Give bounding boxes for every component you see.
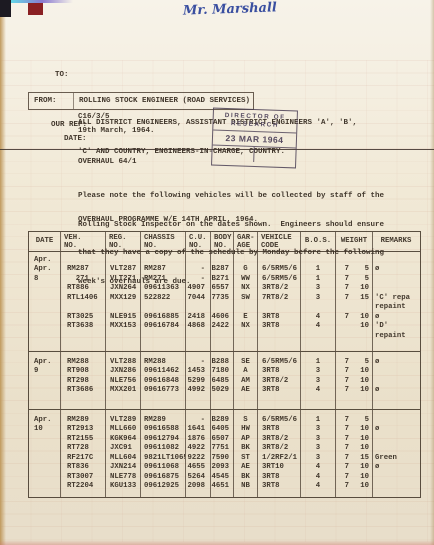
table-line: SE — [234, 358, 257, 367]
table-line: AE — [234, 463, 257, 472]
table-line: 710 — [336, 386, 372, 395]
table-line: RT2155 — [61, 435, 105, 444]
weight-value: 10 — [353, 425, 373, 434]
table-line: - — [186, 358, 210, 367]
table-line: 710 — [336, 435, 372, 444]
table-line: JXC91 — [106, 444, 140, 453]
table-line — [29, 303, 60, 312]
table-line: 75 — [336, 358, 372, 367]
table-line — [61, 332, 105, 341]
weight-value: 7 — [336, 294, 353, 303]
date-group: Apr.10RM289RT2913RT2155RT728RF217CRT836R… — [29, 410, 420, 497]
column-header: B.O.S. — [305, 237, 331, 245]
table-line: ø — [373, 386, 419, 395]
column-header: CHASSIS — [141, 234, 185, 242]
table-line: 7RT8/2 — [258, 294, 300, 303]
table-line — [141, 303, 185, 312]
table-line: WW — [234, 275, 257, 284]
table-line: 7180 — [211, 367, 233, 376]
table-line — [258, 303, 300, 312]
table-line: 1 — [301, 265, 335, 274]
table-line: 4 — [301, 473, 335, 482]
table-line: 1 — [301, 275, 335, 284]
table-line: 710 — [336, 377, 372, 386]
weight-value: 10 — [353, 444, 373, 453]
subject-line: OVERHAUL 64/1 — [78, 158, 137, 166]
handwritten-note: Mr. Marshall — [183, 0, 333, 19]
table-line — [186, 256, 210, 265]
header-cell: WEIGHT — [336, 232, 373, 251]
table-line: 3RT8 — [258, 425, 300, 434]
column-header: REMARKS — [381, 237, 412, 245]
corner-mark — [0, 0, 11, 17]
header-cell: B.O.S. — [301, 232, 336, 251]
table-cell: -1641187649229222465552642098 — [186, 410, 211, 497]
table-cell: 6/5RM5/63RT83RT8/23RT8 — [258, 352, 301, 409]
table-line: ø — [373, 313, 419, 322]
date-label: DATE: — [64, 135, 87, 143]
table-line — [29, 322, 60, 331]
table-line: 1/2RF2/1 — [258, 454, 300, 463]
research-stamp: DIRECTOR OF RESEARCH 23 MAR 1964 — [211, 108, 298, 169]
table-line — [29, 435, 60, 444]
table-line — [186, 332, 210, 341]
table-line: B271 — [211, 275, 233, 284]
table-line: 09616875 — [141, 473, 185, 482]
weight-value: 7 — [336, 416, 353, 425]
scan-edge-right — [430, 0, 434, 545]
table-line: 4651 — [211, 482, 233, 491]
table-cell: 6/5RM5/66/5RM5/63RT8/27RT8/23RT83RT8 — [258, 252, 301, 351]
table-line: Apr. — [29, 416, 60, 425]
table-line: NX — [234, 284, 257, 293]
table-line: 1876 — [186, 435, 210, 444]
table-line: RT2913 — [61, 425, 105, 434]
header-cell: CHASSISNO. — [141, 232, 186, 251]
table-line: B287 — [211, 265, 233, 274]
weight-value: 7 — [336, 377, 353, 386]
memo-page: Mr. Marshall TO: ALL DISTRICT ENGINEERS,… — [0, 0, 434, 545]
column-header: NO. — [106, 242, 140, 250]
weight-value: 10 — [353, 313, 373, 322]
table-cell: RM288096114620961684809616773 — [141, 352, 186, 409]
table-line: 271 — [61, 275, 105, 284]
table-line — [29, 444, 60, 453]
table-line: 4545 — [211, 473, 233, 482]
table-line: repaint — [373, 303, 419, 312]
table-line: 5029 — [211, 386, 233, 395]
table-line — [61, 256, 105, 265]
table-line: 3RT8/2 — [258, 435, 300, 444]
table-line: Apr. — [29, 358, 60, 367]
table-line: 7751 — [211, 444, 233, 453]
table-cell: Apr.10 — [29, 410, 61, 497]
table-line: 3RT8/2 — [258, 377, 300, 386]
table-line: 6/5RM5/6 — [258, 416, 300, 425]
table-line: MLL660 — [106, 425, 140, 434]
table-line — [258, 332, 300, 341]
table-line: 4 — [301, 313, 335, 322]
weight-value — [336, 322, 353, 331]
table-cell: Apr.Apr.8 — [29, 252, 61, 351]
table-line: 4907 — [186, 284, 210, 293]
weight-value: 7 — [336, 265, 353, 274]
stamp-cell — [212, 146, 254, 162]
weight-value: 10 — [353, 463, 373, 472]
table-line: 3 — [301, 294, 335, 303]
date-value: 19th March, 1964. — [78, 127, 155, 135]
from-label: FROM: — [34, 97, 57, 105]
column-header: NO. — [186, 242, 210, 250]
table-line: 3 — [301, 454, 335, 463]
table-line: 10 — [336, 322, 372, 331]
weight-value: 7 — [336, 473, 353, 482]
table-line: 3RT8 — [258, 367, 300, 376]
table-line — [29, 386, 60, 395]
table-line: 4655 — [186, 463, 210, 472]
table-cell: SHWAPBKSTAEBKNB — [234, 410, 258, 497]
table-line: 1641 — [186, 425, 210, 434]
weight-value: 10 — [353, 367, 373, 376]
table-line — [336, 303, 372, 312]
weight-value: 7 — [336, 284, 353, 293]
table-cell: Apr.9 — [29, 352, 61, 409]
table-line: RT908 — [61, 367, 105, 376]
programme-title: OVERHAUL PROGRAMME W/E 14TH APRIL, 1964. — [78, 216, 258, 224]
table-line: 6507 — [211, 435, 233, 444]
table-line — [29, 473, 60, 482]
table-line: 09616885 — [141, 313, 185, 322]
table-line: VLT289 — [106, 416, 140, 425]
scan-artifact-strip — [11, 0, 73, 3]
table-cell: RM2890961658809612794096110829821LT10650… — [141, 410, 186, 497]
table-line: RT728 — [61, 444, 105, 453]
table-line — [373, 256, 419, 265]
table-line — [106, 256, 140, 265]
header-cell: GAR-AGE — [234, 232, 258, 251]
table-line — [336, 256, 372, 265]
weight-value: 7 — [336, 454, 353, 463]
table-line: 522822 — [141, 294, 185, 303]
table-line: 2098 — [186, 482, 210, 491]
table-line: 710 — [336, 463, 372, 472]
table-line: 09616773 — [141, 386, 185, 395]
scan-edge-left — [0, 0, 6, 545]
column-header: VEH. — [61, 234, 105, 242]
weight-value — [353, 332, 373, 341]
table-line — [29, 463, 60, 472]
table-line — [373, 275, 419, 284]
table-line — [186, 303, 210, 312]
to-label: TO: — [55, 71, 69, 81]
header-cell: C.U.NO. — [186, 232, 211, 251]
stamp-cell — [254, 147, 295, 163]
table-line — [29, 313, 60, 322]
column-header: BODY — [211, 234, 233, 242]
table-line: AE — [234, 386, 257, 395]
table-line: NX — [234, 322, 257, 331]
table-line — [234, 303, 257, 312]
header-cell: VEH.NO. — [61, 232, 106, 251]
table-line: 5264 — [186, 473, 210, 482]
table-line: 09612925 — [141, 482, 185, 491]
header-cell: BODYNO. — [211, 232, 234, 251]
table-cell: 1334 — [301, 352, 336, 409]
table-cell: RM287RM271096113635228220961688509616784 — [141, 252, 186, 351]
date-group: Apr.Apr.8RM287 271RT886RTL1406RT3025RT36… — [29, 252, 420, 352]
table-cell: VLT287VLT271JXN264MXX129NLE915MXX153 — [106, 252, 141, 351]
weight-value: 5 — [353, 358, 373, 367]
table-line — [301, 303, 335, 312]
table-line: 3RT8 — [258, 482, 300, 491]
weight-value: 10 — [353, 284, 373, 293]
table-line: 7735 — [211, 294, 233, 303]
table-line: 710 — [336, 313, 372, 322]
table-line: 710 — [336, 425, 372, 434]
table-line — [106, 332, 140, 341]
table-cell: VLT288JXN286NLE756MXX201 — [106, 352, 141, 409]
table-line: MXX201 — [106, 386, 140, 395]
table-line: VLT287 — [106, 265, 140, 274]
date-row: DATE: 19th March, 1964. — [46, 127, 87, 159]
table-line — [373, 377, 419, 386]
from-value: ROLLING STOCK ENGINEER (ROAD SERVICES) — [79, 97, 250, 105]
table-line: RT2204 — [61, 482, 105, 491]
table-line: 3 — [301, 425, 335, 434]
table-line: ø — [373, 265, 419, 274]
table-line: 09616588 — [141, 425, 185, 434]
header-cell: REG.NO. — [106, 232, 141, 251]
weight-value: 7 — [336, 275, 353, 284]
table-line: 3RT10 — [258, 463, 300, 472]
table-line — [211, 332, 233, 341]
table-line — [61, 303, 105, 312]
table-line: 9222 — [186, 454, 210, 463]
weight-value: 10 — [353, 435, 373, 444]
table-line: RT886 — [61, 284, 105, 293]
table-line: HW — [234, 425, 257, 434]
table-cell: øø — [373, 352, 419, 409]
table-line: 09616848 — [141, 377, 185, 386]
table-line: BK — [234, 473, 257, 482]
table-line: 9821LT1065 — [141, 454, 185, 463]
table-line: KGU133 — [106, 482, 140, 491]
vehicle-table: DATEVEH.NO.REG.NO.CHASSISNO.C.U.NO.BODYN… — [28, 231, 421, 498]
from-box-divider — [73, 93, 74, 109]
table-cell: B288718064855029 — [211, 352, 234, 409]
table-line: 3 — [301, 435, 335, 444]
table-line — [258, 256, 300, 265]
table-cell: B2896405650777517590209345454651 — [211, 410, 234, 497]
weight-value: 7 — [336, 425, 353, 434]
table-line: 4 — [301, 482, 335, 491]
table-cell: -145352994992 — [186, 352, 211, 409]
column-header: REG. — [106, 234, 140, 242]
table-line: 6/5RM5/6 — [258, 275, 300, 284]
table-line: 2093 — [211, 463, 233, 472]
scan-edge-bottom — [0, 540, 434, 545]
weight-value — [353, 303, 373, 312]
table-line: G — [234, 265, 257, 274]
table-line — [29, 454, 60, 463]
table-line — [29, 284, 60, 293]
table-line: NLE756 — [106, 377, 140, 386]
column-header: C.U. — [186, 234, 210, 242]
weight-value: 7 — [336, 313, 353, 322]
column-header: DATE — [36, 237, 54, 245]
table-line: 710 — [336, 482, 372, 491]
table-line — [373, 473, 419, 482]
table-line — [373, 284, 419, 293]
table-line: JXN264 — [106, 284, 140, 293]
table-line: 3 — [301, 284, 335, 293]
table-line — [373, 482, 419, 491]
table-line: 09611462 — [141, 367, 185, 376]
weight-value — [336, 303, 353, 312]
header-cell: VEHICLECODE — [258, 232, 301, 251]
weight-value: 10 — [353, 482, 373, 491]
table-line: SW — [234, 294, 257, 303]
table-cell: --4907704424184868 — [186, 252, 211, 351]
column-header: GAR- — [234, 234, 257, 242]
table-line: RF217C — [61, 454, 105, 463]
table-line: RT836 — [61, 463, 105, 472]
table-header-row: DATEVEH.NO.REG.NO.CHASSISNO.C.U.NO.BODYN… — [29, 232, 420, 252]
table-line: RT298 — [61, 377, 105, 386]
weight-value — [353, 256, 373, 265]
column-header: CODE — [258, 242, 300, 250]
table-line: 6405 — [211, 425, 233, 434]
table-line: ø — [373, 463, 419, 472]
column-header: WEIGHT — [341, 237, 367, 245]
table-line: 7590 — [211, 454, 233, 463]
table-line: 6557 — [211, 284, 233, 293]
table-cell: 757571071571010 — [336, 252, 373, 351]
weight-value: 7 — [336, 386, 353, 395]
table-cell: SEAAMAE — [234, 352, 258, 409]
table-line: B288 — [211, 358, 233, 367]
table-line: RTL1406 — [61, 294, 105, 303]
table-line: 09611363 — [141, 284, 185, 293]
table-cell: 113344 — [301, 252, 336, 351]
table-line — [211, 256, 233, 265]
table-cell: RM288RT908RT298RT3686 — [61, 352, 106, 409]
table-line — [29, 332, 60, 341]
table-line: KGK964 — [106, 435, 140, 444]
table-line: - — [186, 416, 210, 425]
table-line: JXN286 — [106, 367, 140, 376]
table-line — [373, 416, 419, 425]
table-line: 2422 — [211, 322, 233, 331]
table-line: 4922 — [186, 444, 210, 453]
table-cell: RM287 271RT886RTL1406RT3025RT3638 — [61, 252, 106, 351]
weight-value — [336, 332, 353, 341]
table-line: Green — [373, 454, 419, 463]
table-line: 710 — [336, 473, 372, 482]
table-line — [234, 256, 257, 265]
table-line: 3 — [301, 444, 335, 453]
table-line: RT3025 — [61, 313, 105, 322]
table-line: 7044 — [186, 294, 210, 303]
table-line: 09612794 — [141, 435, 185, 444]
table-line: RM271 — [141, 275, 185, 284]
ref-value: C16/3/5 — [78, 113, 110, 121]
table-line: 3 — [301, 377, 335, 386]
table-line: 'D' — [373, 322, 419, 331]
table-line: 3 — [301, 367, 335, 376]
table-line — [29, 294, 60, 303]
weight-value: 15 — [353, 294, 373, 303]
table-line: RM288 — [61, 358, 105, 367]
table-line — [336, 332, 372, 341]
table-line: 5299 — [186, 377, 210, 386]
stamp-empty-cells — [212, 145, 296, 164]
table-line: MXX153 — [106, 322, 140, 331]
table-line — [301, 256, 335, 265]
table-line: 'C' repa — [373, 294, 419, 303]
table-cell: ø'C' reparepaintø'D'repaint — [373, 252, 419, 351]
table-line — [211, 303, 233, 312]
table-line — [106, 303, 140, 312]
table-cell: øGreenø — [373, 410, 419, 497]
table-line: 710 — [336, 367, 372, 376]
table-line: ø — [373, 425, 419, 434]
table-line: MLL604 — [106, 454, 140, 463]
table-line — [141, 256, 185, 265]
table-line: RM287 — [141, 265, 185, 274]
table-line: 1 — [301, 416, 335, 425]
weight-value — [336, 256, 353, 265]
table-cell: 13333444 — [301, 410, 336, 497]
table-line: 8 — [29, 275, 60, 284]
table-line: NB — [234, 482, 257, 491]
table-line: - — [186, 265, 210, 274]
table-line: NLE778 — [106, 473, 140, 482]
table-line: 6/5RM5/6 — [258, 265, 300, 274]
table-line: AM — [234, 377, 257, 386]
weight-value: 5 — [353, 275, 373, 284]
weight-value: 7 — [336, 435, 353, 444]
table-line: ST — [234, 454, 257, 463]
weight-value: 7 — [336, 463, 353, 472]
table-line: 09611068 — [141, 463, 185, 472]
weight-value: 5 — [353, 416, 373, 425]
weight-value: 10 — [353, 386, 373, 395]
weight-value: 7 — [336, 482, 353, 491]
table-line: E — [234, 313, 257, 322]
table-line: MXX129 — [106, 294, 140, 303]
table-line: 4 — [301, 386, 335, 395]
table-line: Apr. — [29, 256, 60, 265]
header-cell: REMARKS — [373, 232, 419, 251]
table-line — [373, 444, 419, 453]
table-line: - — [186, 275, 210, 284]
table-line: 3RT8 — [258, 313, 300, 322]
weight-value: 7 — [336, 358, 353, 367]
table-line: RM289 — [141, 416, 185, 425]
table-line: VLT271 — [106, 275, 140, 284]
column-header: NO. — [211, 242, 233, 250]
table-line: 4 — [301, 322, 335, 331]
table-line: 4868 — [186, 322, 210, 331]
table-line: 1453 — [186, 367, 210, 376]
red-corner-stamp — [28, 2, 43, 15]
table-cell: GWWNXSWENX — [234, 252, 258, 351]
header-cell: DATE — [29, 232, 61, 251]
weight-value: 10 — [353, 322, 373, 331]
table-line: 3RT8/2 — [258, 444, 300, 453]
table-line: RT3638 — [61, 322, 105, 331]
